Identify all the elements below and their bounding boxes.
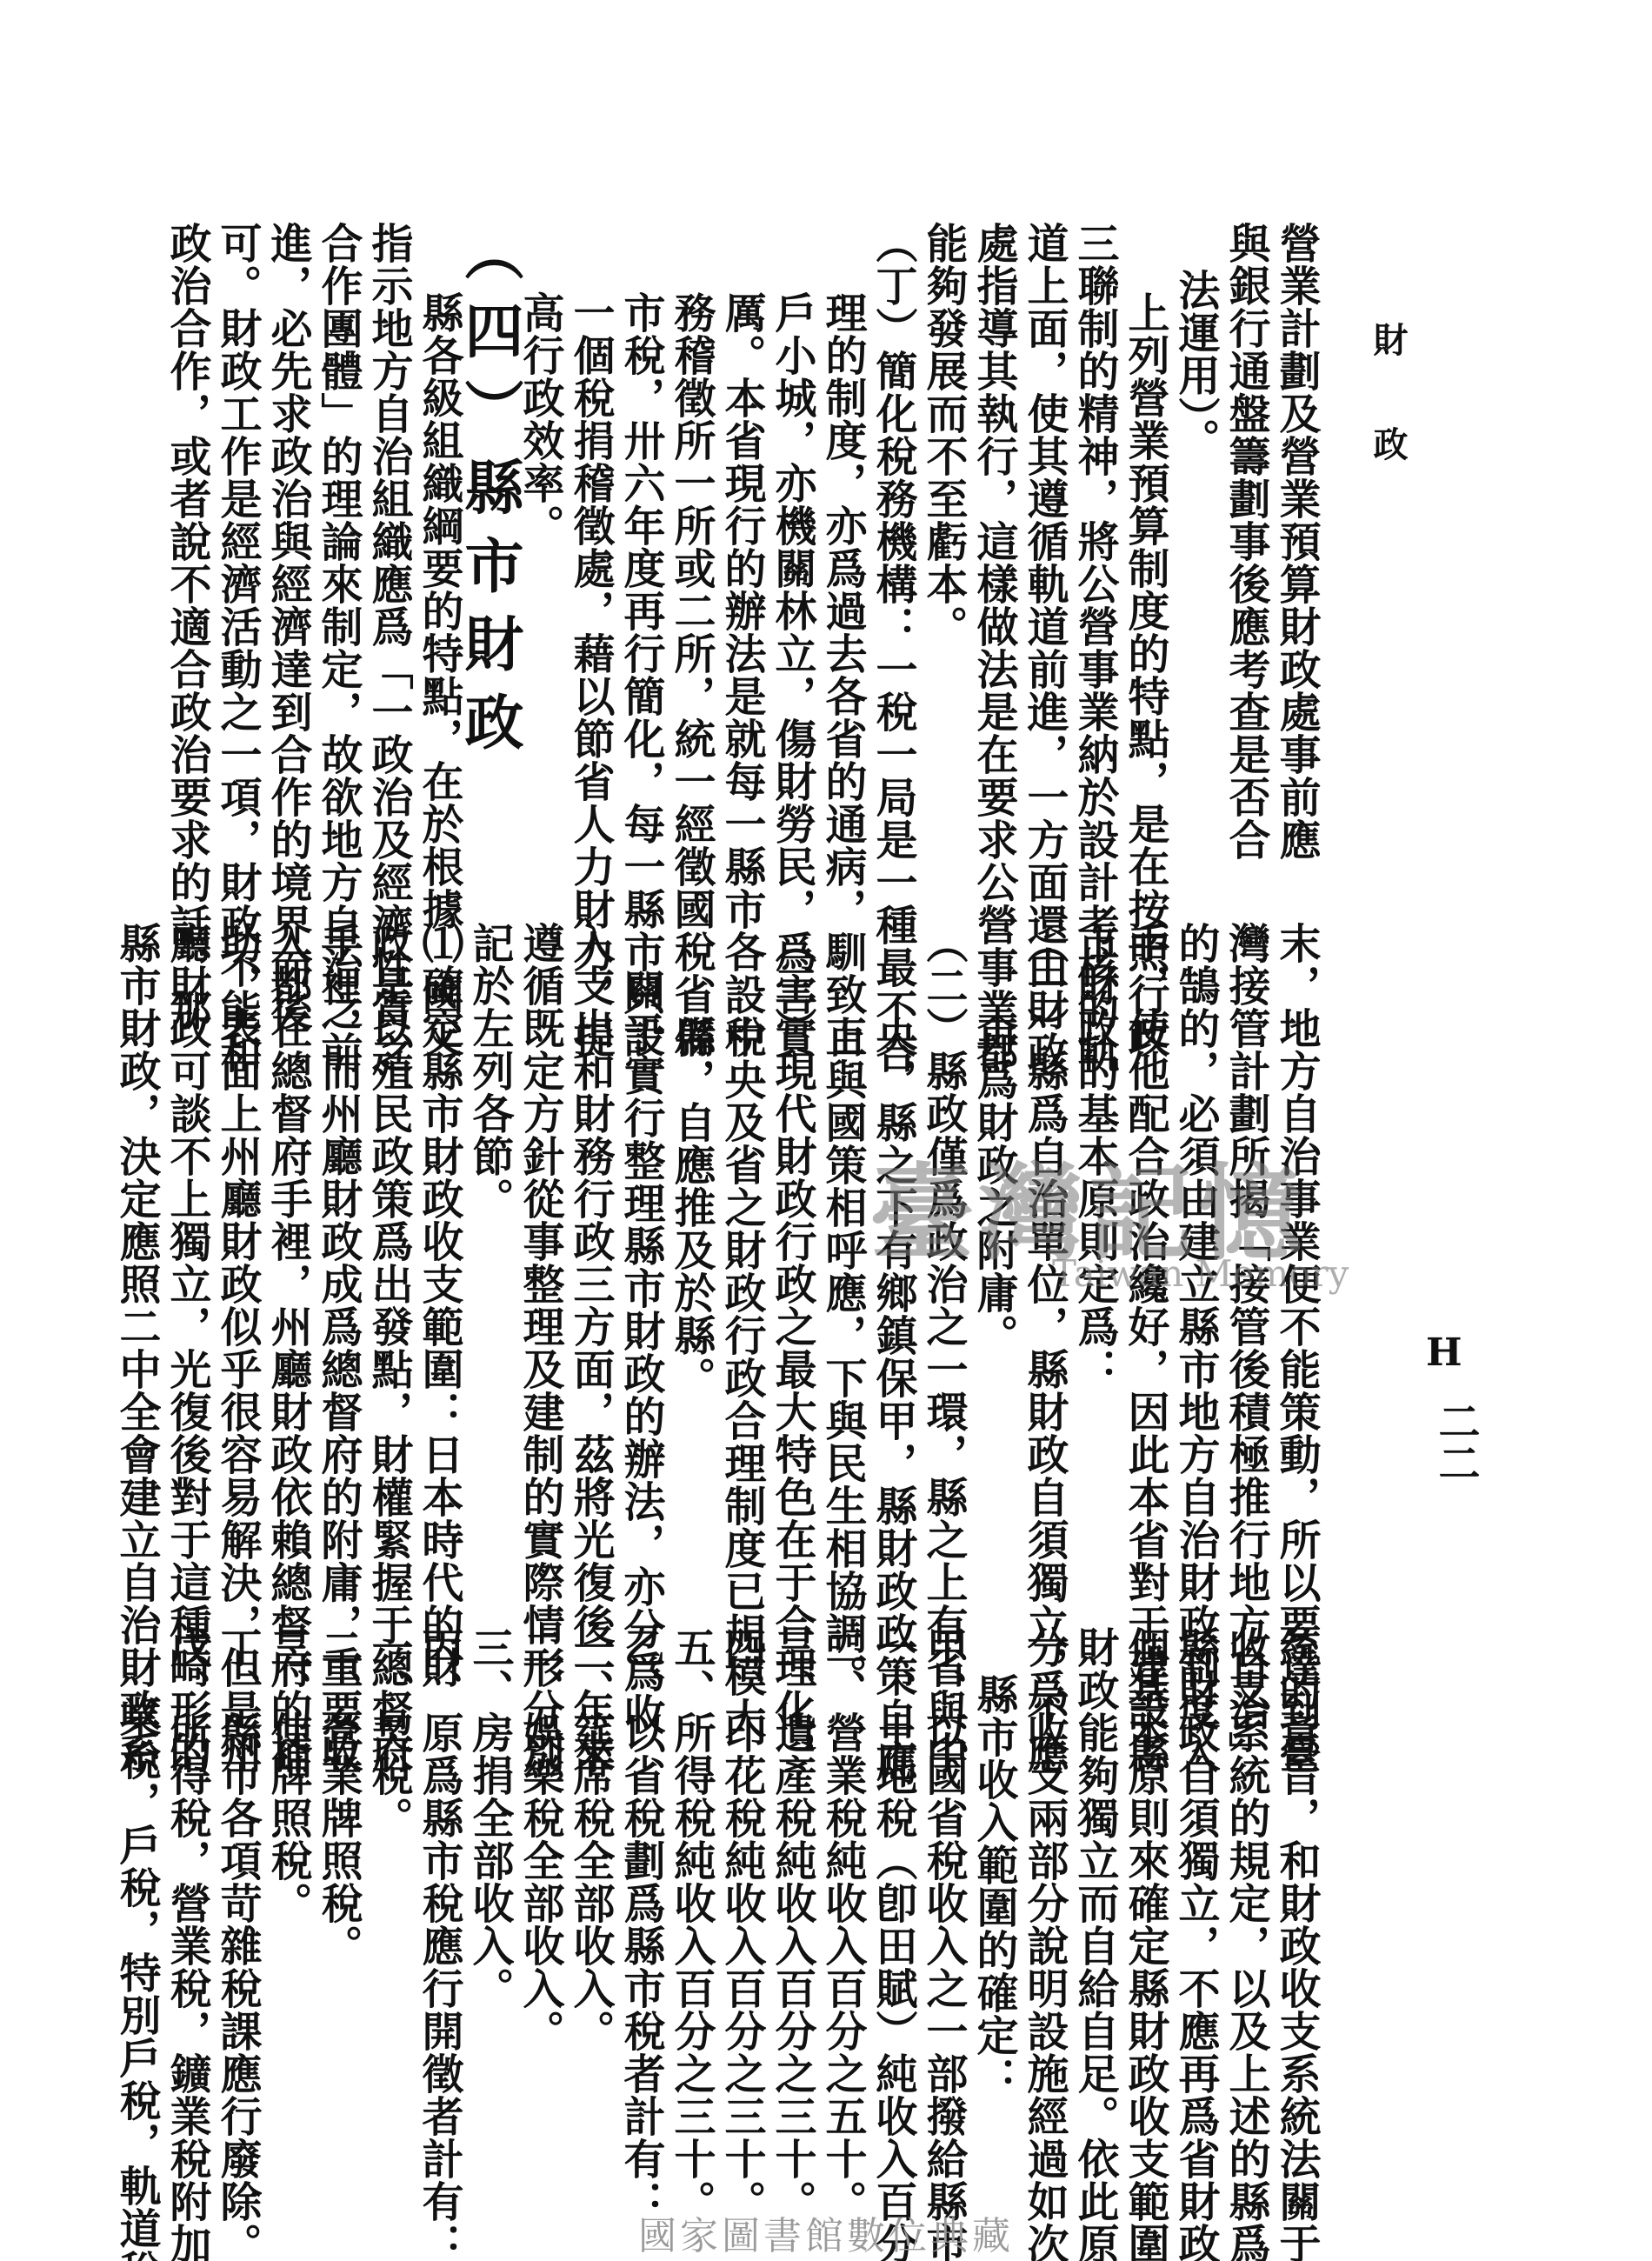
text-column: 營業計劃及營業預算財政處事前應 [1271,222,1322,917]
text-column: 務稽徵所一所或二所，統一經徵國稅省縣 [666,222,716,917]
top-text-band: 營業計劃及營業預算財政處事前應 與銀行通盤籌劃事後應考查是否合 法運用）。 上列… [162,222,1322,917]
text-column: 統的意旨，和財政收支系統法關于縣地方財政 [1271,1626,1322,2113]
text-column: 入都在總督府手裡，州廳財政依賴總督府的補 [263,922,313,1635]
numbered-principle-1: （一）縣爲自治單位，縣財政自須獨立，不應 [1019,922,1069,1635]
text-column: 厲。本省現行的辦法是就每一縣市各設稅 [716,222,767,917]
subsection-heading-simplify-tax: （丁）簡化稅務機構：一稅一局是一種最不合 [868,222,918,917]
text-column: 分爲收支兩部分說明設施經過如次： [1019,1626,1069,2113]
text-column: 灣接管計劃所揭「接管後積極推行地方自治」 [1221,922,1271,1635]
text-column: 收支系統的規定，以及上述的縣爲自治單位， [1221,1626,1271,2113]
list-group-jia: 甲、以國省稅收入之一部撥給縣市者計有： [918,1626,969,2113]
text-column: 指示地方自治組織應爲「一政治及經濟性質之 [363,222,414,917]
running-header-char-1: 財 [1363,322,1413,357]
text-column: 市財政的基本原則定爲： [1069,922,1120,1635]
text-column: 政是以殖民政策爲出發點，財權緊握于總督府 [363,922,414,1635]
list-group-wu: 戊、所得稅，營業稅，鑛業稅附加，特別營 [162,1626,212,2113]
text-column: 關于實行整理縣市財政的辦法，亦分爲收 [616,922,666,1635]
text-column: 助，表面上州廳財政似乎很容易解決，但是州 [212,922,263,1635]
subsection-heading-define-scope: ⑴確定縣市財政收支範圍：日本時代的財 [414,922,464,1635]
text-column: 理的制度，亦爲過去各省的通病，馴致百 [817,222,868,917]
text-column: 上列營業預算制度的特點，是在按照行政 [1120,222,1170,917]
text-column: 戶小城，亦機關林立，傷財勞民，爲害實 [767,222,817,917]
list-group-ding: 丁、縣市各項苛雜稅課應行廢除。 [212,1626,263,2113]
text-column: 上與國策相呼應，下與民生相協調。 [817,922,868,1635]
text-column: 縣各級組織綱要的特點，在於根據 國父 [414,222,464,917]
list-group-bing: 丙、原爲縣市稅應行開徵者計有： [414,1626,464,2113]
section-heading-county-finance: （四）縣市財政 [464,222,515,917]
text-column: 再爲財政之附庸。 [969,922,1019,1635]
list-item: 三、遺產稅純收入百分之三十。 [767,1626,817,2113]
text-column: 個基本原則來確定縣財政收支範圍，希望縣市 [1120,1626,1170,2113]
numbered-principle-3: （三）現代財政行政之最大特色在于合理化， [767,922,817,1635]
running-header-char-2: 政 [1363,426,1413,461]
bottom-text-band: 統的意旨，和財政收支系統法關于縣地方財政 收支系統的規定，以及上述的縣爲自治單位… [111,1626,1322,2113]
text-column: 縣財政自須獨立，不應再爲省財政之附庸，這 [1170,1626,1221,2113]
scanned-document-page: 財 政 H 二二 營業計劃及營業預算財政處事前應 與銀行通盤籌劃事後應考查是否合… [0,0,1652,2261]
text-column: 縣市財政，決定應照二中全會建立自治財政系 [111,922,162,1635]
list-item: 一、筵席稅全部收入。 [565,1626,616,2113]
numbered-principle-2: （二）縣政僅爲政治之一環，縣之上有省與中 [918,922,969,1635]
text-column: 央，縣之下有鄉鎮保甲，縣財政政策自應 [868,922,918,1635]
text-column: 遵循既定方針從事整理及建制的實際情形分別 [515,922,565,1635]
text-column: 進，必先求政治與經濟達到合作的境界而後 [263,222,313,917]
list-item: 二、營業稅純收入百分之五十。 [817,1626,868,2113]
page-section-letter: H [1426,1331,1462,1375]
list-item: 三、使牌照稅。 [263,1626,313,2113]
list-item: 一、土地稅（卽田賦）純收入百分之七十， [868,1626,918,2113]
text-column: 與銀行通盤籌劃事後應考查是否合 [1221,222,1271,917]
list-item: 四、印花稅純收入百分之三十。 [716,1626,767,2113]
text-column: 政治合作，或者說不適合政治要求的話，那 [162,222,212,917]
text-column: 處指導其執行，這樣做法是在要求公營事業都 [969,222,1019,917]
middle-text-band: 末，地方自治事業便不能策動，所以要達到臺 灣接管計劃所揭「接管後積極推行地方自治… [111,922,1322,1635]
text-column: 可。財政工作是經濟活動之一項，財政不能和 [212,222,263,917]
text-column: 手裡，而州廳財政成爲總督府的附庸，重要收 [313,922,363,1635]
list-group-yi: 乙、以省稅劃爲縣市稅者計有： [616,1626,666,2113]
text-column: 財政能夠獨立而自給自足。依此原則實行，可 [1069,1626,1120,2113]
text-column: 的鵠的，必須由建立縣市地方自治財政制度入 [1170,922,1221,1635]
text-column: 手，使他配合政治纔好，因此本省對于建設縣 [1120,922,1170,1635]
text-column: 中央及省之財政行政合理制度已規模大 [716,922,767,1635]
text-column: 記於左列各節。 [464,922,515,1635]
text-column: 入支出和財務行政三方面，茲將光復後一年來 [565,922,616,1635]
text-column: 末，地方自治事業便不能策動，所以要達到臺 [1271,922,1322,1635]
text-column: 市稅，卅六年度再行簡化，每一縣市只設 [616,222,666,917]
text-column: 廳財政可談不上獨立，光復後對于這種畸形的 [162,922,212,1635]
footer-collection-credit: 國家圖書館數位典藏 [0,2204,1652,2260]
text-column: 一個稅捐稽徵處，藉以節省人力財力，提 [565,222,616,917]
subheading-revenue-scope: 縣市收入範圍的確定： [969,1626,1019,2113]
list-item: 三、房捐全部收入。 [464,1626,515,2113]
text-column: 三聯制的精神，將公營事業納於設計考核的軌 [1069,222,1120,917]
text-column: 能夠發展而不至虧本。 [918,222,969,917]
text-column: 法運用）。 [1170,222,1221,917]
text-column: 合作團體」的理論來制定，故欲地方自治之前 [313,222,363,917]
list-item: 二、營業牌照稅。 [313,1626,363,2113]
text-column: 道上面，使其遵循軌道前進，一方面還由財政 [1019,222,1069,917]
text-column: 備，自應推及於縣。 [666,922,716,1635]
list-item: 五、所得稅純收入百分之三十。 [666,1626,716,2113]
page-number: 二二 [1426,1400,1486,1484]
list-item: 二、娛樂稅全部收入。 [515,1626,565,2113]
list-item: 一、契稅。 [363,1626,414,2113]
text-column: 業稅，戶稅，特別戶稅，軌道稅，不動產 [111,1626,162,2113]
